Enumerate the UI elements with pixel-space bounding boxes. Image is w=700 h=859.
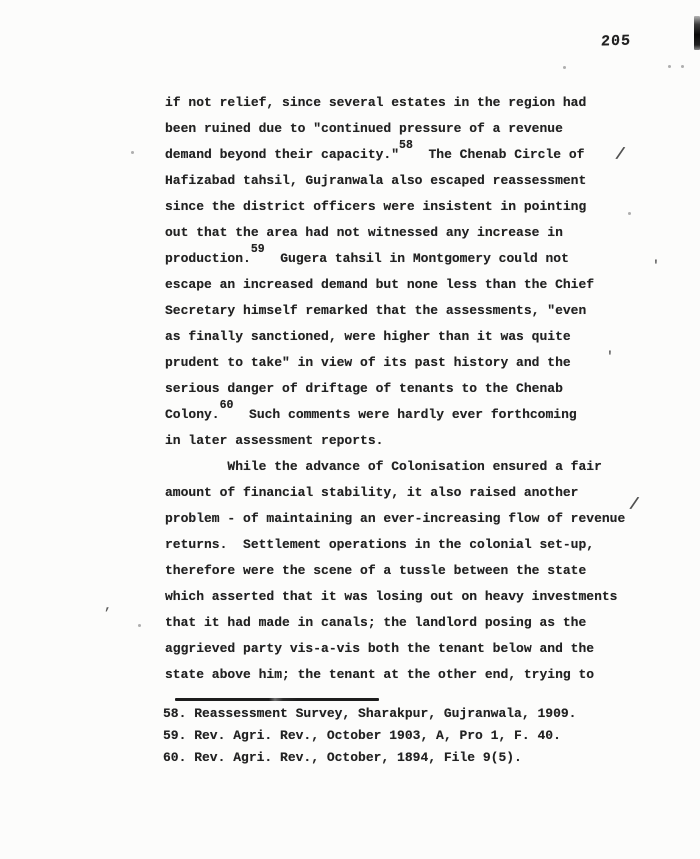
text-line-p1: out that the area had not witnessed any … (165, 220, 625, 246)
text-line-p1: since the district officers were insiste… (165, 194, 625, 220)
text-line-p1: Secretary himself remarked that the asse… (165, 298, 625, 324)
pencil-mark-tick: ' (606, 349, 614, 364)
text-line-p1: escape an increased demand but none less… (165, 272, 625, 298)
text-line-p1: prudent to take" in view of its past his… (165, 350, 625, 376)
footnote-ref: 59 (251, 243, 265, 256)
text-line-p2: that it had made in canals; the landlord… (165, 610, 625, 636)
text-line-p2: returns. Settlement operations in the co… (165, 532, 625, 558)
scan-speck (138, 624, 141, 627)
footnote-line: 59. Rev. Agri. Rev., October 1903, A, Pr… (163, 725, 576, 747)
footnotes: 58. Reassessment Survey, Sharakpur, Gujr… (163, 703, 576, 769)
pencil-mark-tick: ' (652, 258, 660, 273)
text-line-p1: if not relief, since several estates in … (165, 90, 625, 116)
scan-speck (131, 151, 134, 154)
text-line-p1: serious danger of driftage of tenants to… (165, 376, 625, 402)
text-line-p2: amount of financial stability, it also r… (165, 480, 625, 506)
scan-speck (681, 65, 684, 68)
text-line-p1: in later assessment reports. (165, 428, 625, 454)
scan-speck (563, 66, 566, 69)
text-line-p2: aggrieved party vis-a-vis both the tenan… (165, 636, 625, 662)
text-line-p2: which asserted that it was losing out on… (165, 584, 625, 610)
page-number: 205 (601, 32, 632, 50)
text-line-p1: as finally sanctioned, were higher than … (165, 324, 625, 350)
text-line-p1: been ruined due to "continued pressure o… (165, 116, 625, 142)
footnote-ref: 60 (220, 399, 234, 412)
footnote-ref: 58 (399, 139, 413, 152)
text-line-p2: While the advance of Colonisation ensure… (165, 454, 625, 480)
scan-speck (628, 212, 631, 215)
text-line-p2: problem - of maintaining an ever-increas… (165, 506, 625, 532)
text-line-p2: state above him; the tenant at the other… (165, 662, 625, 688)
scan-speck (668, 65, 671, 68)
text-line-p1: Colony.60 Such comments were hardly ever… (165, 402, 625, 428)
scanned-document-page: 205 if not relief, since several estates… (0, 0, 700, 859)
text-line-p1: Hafizabad tahsil, Gujranwala also escape… (165, 168, 625, 194)
pencil-mark-tick: , (104, 598, 112, 613)
footnote-line: 58. Reassessment Survey, Sharakpur, Gujr… (163, 703, 576, 725)
pencil-mark-slash: / (628, 496, 640, 516)
footnote-separator (175, 698, 379, 701)
text-line-p1: demand beyond their capacity."58 The Che… (165, 142, 625, 168)
scan-edge-artifact (694, 16, 700, 50)
text-line-p2: therefore were the scene of a tussle bet… (165, 558, 625, 584)
pencil-mark-slash: / (614, 146, 626, 166)
text-line-p1: production.59 Gugera tahsil in Montgomer… (165, 246, 625, 272)
footnote-line: 60. Rev. Agri. Rev., October, 1894, File… (163, 747, 576, 769)
body-text: if not relief, since several estates in … (165, 90, 625, 688)
